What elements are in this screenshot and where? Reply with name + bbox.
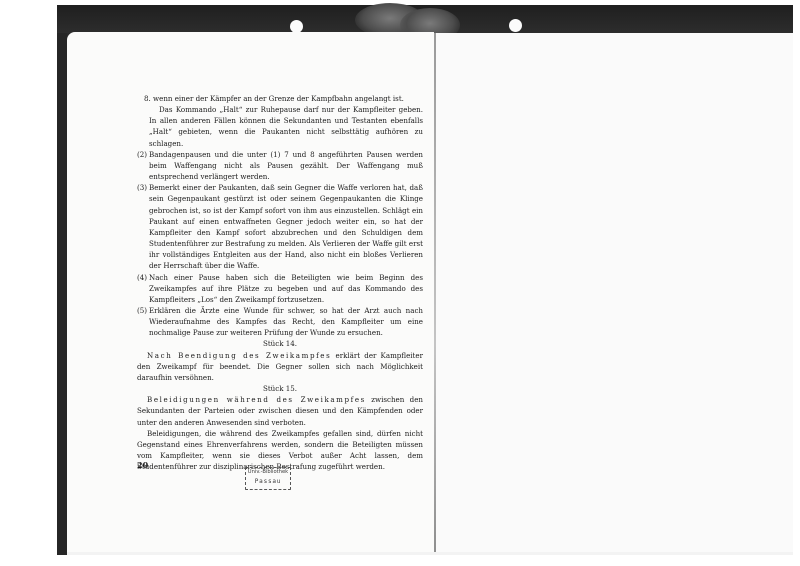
paragraph-number: (5) xyxy=(137,305,149,316)
paragraph-text: Erklären die Ärzte eine Wunde für schwer… xyxy=(149,306,423,337)
item-number: 8. xyxy=(144,94,151,103)
paragraph-insults: Beleidigungen während des Zweikampfes zw… xyxy=(137,394,423,427)
paragraph-halt-command: Das Kommando „Halt“ zur Ruhepause darf n… xyxy=(137,104,423,149)
spaced-lead-text: Nach Beendigung des Zweikampfes xyxy=(147,351,331,360)
stamp-library-name: Univ.-Bibliothek xyxy=(246,468,290,477)
right-page-blank xyxy=(436,33,793,553)
numbered-paragraph-3: (3)Bemerkt einer der Paukanten, daß sein… xyxy=(137,182,423,271)
paragraph-text: Bemerkt einer der Paukanten, daß sein Ge… xyxy=(149,183,423,270)
stamp-city: Passau xyxy=(246,477,290,487)
page-bottom-edge xyxy=(67,552,793,555)
paragraph-number: (2) xyxy=(137,149,149,160)
section-heading-stueck-15: Stück 15. xyxy=(137,383,423,394)
left-page-text: 8. wenn einer der Kämpfer an der Grenze … xyxy=(137,93,423,472)
paragraph-text: Nach einer Pause haben sich die Beteilig… xyxy=(149,273,423,304)
paragraph-insults-discipline: Beleidigungen, die während des Zweikampf… xyxy=(137,428,423,473)
section-heading-stueck-14: Stück 14. xyxy=(137,338,423,349)
paragraph-end-of-duel: Nach Beendigung des Zweikampfes erklärt … xyxy=(137,350,423,383)
paragraph-text: Bandagenpausen und die unter (1) 7 und 8… xyxy=(149,150,423,181)
paragraph-number: (3) xyxy=(137,182,149,193)
list-item-8: 8. wenn einer der Kämpfer an der Grenze … xyxy=(137,93,423,104)
spaced-lead-text: Beleidigungen während des Zweikampfes xyxy=(147,395,366,404)
scanner-left-edge xyxy=(57,33,67,555)
item-text: wenn einer der Kämpfer an der Grenze der… xyxy=(153,94,404,103)
punch-hole xyxy=(290,20,303,33)
numbered-paragraph-4: (4)Nach einer Pause haben sich die Betei… xyxy=(137,272,423,305)
numbered-paragraph-2: (2)Bandagenpausen und die unter (1) 7 un… xyxy=(137,149,423,182)
paragraph-number: (4) xyxy=(137,272,149,283)
numbered-paragraph-5: (5)Erklären die Ärzte eine Wunde für sch… xyxy=(137,305,423,338)
punch-hole xyxy=(509,19,522,32)
page-number: 20 xyxy=(137,460,148,470)
library-stamp: Univ.-Bibliothek Passau xyxy=(245,467,291,490)
